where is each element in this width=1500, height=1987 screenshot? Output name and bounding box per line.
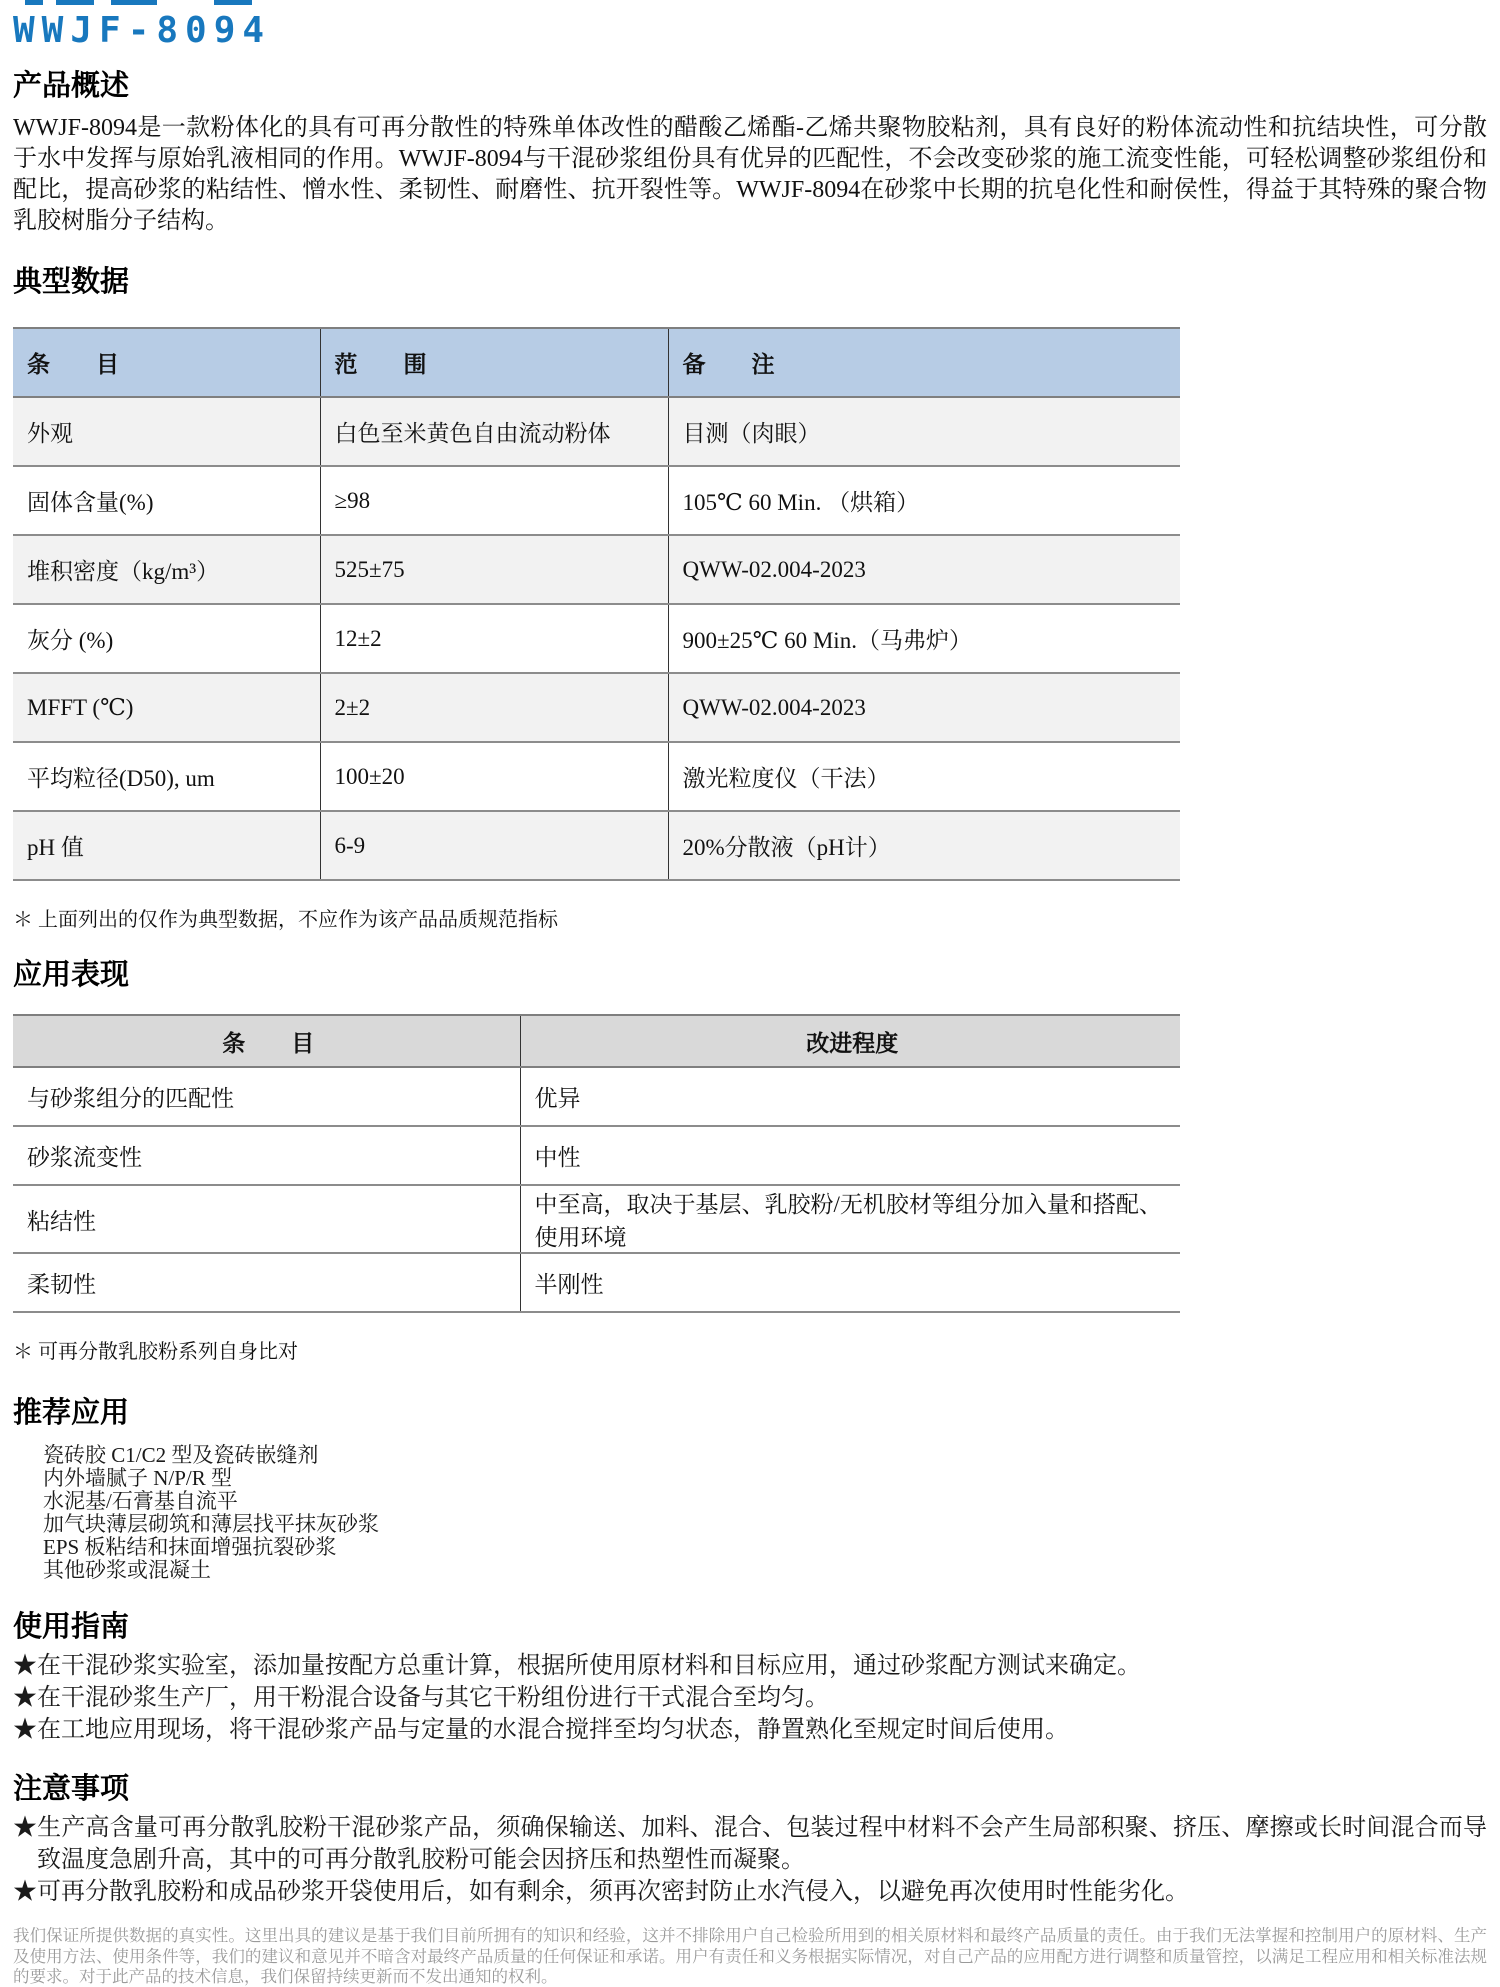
table-cell: 中性 bbox=[520, 1126, 1180, 1185]
table-cell: 平均粒径(D50), um bbox=[13, 742, 320, 811]
table-cell: 白色至米黄色自由流动粉体 bbox=[320, 397, 668, 466]
table-cell: 20%分散液（pH计） bbox=[668, 811, 1180, 880]
typical-data-table: 条 目范 围备 注 外观白色至米黄色自由流动粉体目测（肉眼）固体含量(%)≥98… bbox=[13, 327, 1180, 881]
table-cell: 堆积密度（kg/m³） bbox=[13, 535, 320, 604]
table-cell: 900±25℃ 60 Min.（马弗炉） bbox=[668, 604, 1180, 673]
overview-paragraph: WWJF-8094是一款粉体化的具有可再分散性的特殊单体改性的醋酸乙烯酯-乙烯共… bbox=[13, 113, 1487, 237]
table-row: 外观白色至米黄色自由流动粉体目测（肉眼） bbox=[13, 397, 1180, 466]
list-item: ★生产高含量可再分散乳胶粉干混砂浆产品，须确保输送、加料、混合、包装过程中材料不… bbox=[13, 1812, 1487, 1876]
table-cell: pH 值 bbox=[13, 811, 320, 880]
cropped-header-fragment bbox=[25, 0, 43, 5]
table-row: MFFT (℃)2±2QWW-02.004-2023 bbox=[13, 673, 1180, 742]
section-heading-usage: 使用指南 bbox=[13, 1606, 1487, 1646]
list-item: 加气块薄层砌筑和薄层找平抹灰砂浆 bbox=[43, 1513, 1487, 1536]
table-cell: 固体含量(%) bbox=[13, 466, 320, 535]
list-item: EPS 板粘结和抹面增强抗裂砂浆 bbox=[43, 1536, 1487, 1559]
cropped-header-fragment bbox=[214, 0, 252, 5]
usage-list: ★在干混砂浆实验室，添加量按配方总重计算，根据所使用原材料和目标应用，通过砂浆配… bbox=[13, 1650, 1487, 1746]
table-cell: 中至高，取决于基层、乳胶粉/无机胶材等组分加入量和搭配、使用环境 bbox=[520, 1185, 1180, 1253]
table-cell: QWW-02.004-2023 bbox=[668, 673, 1180, 742]
table-header-row: 条 目范 围备 注 bbox=[13, 328, 1180, 397]
table-cell: 525±75 bbox=[320, 535, 668, 604]
notes-list: ★生产高含量可再分散乳胶粉干混砂浆产品，须确保输送、加料、混合、包装过程中材料不… bbox=[13, 1812, 1487, 1908]
cropped-header-fragment bbox=[111, 0, 157, 5]
column-header: 备 注 bbox=[668, 328, 1180, 397]
table-cell: 粘结性 bbox=[13, 1185, 520, 1253]
disclaimer-text: 我们保证所提供数据的真实性。这里出具的建议是基于我们目前所拥有的知识和经验，这并… bbox=[13, 1926, 1487, 1987]
table-cell: 半刚性 bbox=[520, 1253, 1180, 1312]
table-row: 砂浆流变性中性 bbox=[13, 1126, 1180, 1185]
list-item: 水泥基/石膏基自流平 bbox=[43, 1490, 1487, 1513]
section-heading-typical-data: 典型数据 bbox=[13, 261, 1487, 301]
table-cell: 灰分 (%) bbox=[13, 604, 320, 673]
table-cell: 砂浆流变性 bbox=[13, 1126, 520, 1185]
table-row: 平均粒径(D50), um100±20激光粒度仪（干法） bbox=[13, 742, 1180, 811]
section-heading-notes: 注意事项 bbox=[13, 1768, 1487, 1808]
column-header: 条 目 bbox=[13, 1015, 520, 1067]
list-item: 其他砂浆或混凝土 bbox=[43, 1559, 1487, 1582]
application-footnote: ＊ 可再分散乳胶粉系列自身比对 bbox=[13, 1335, 1487, 1364]
typical-data-footnote: ＊ 上面列出的仅作为典型数据，不应作为该产品品质规范指标 bbox=[13, 903, 1487, 932]
table-cell: 2±2 bbox=[320, 673, 668, 742]
page-title: WWJF-8094 bbox=[13, 0, 1487, 53]
list-item: 内外墙腻子 N/P/R 型 bbox=[43, 1467, 1487, 1490]
section-heading-recommended: 推荐应用 bbox=[13, 1392, 1487, 1432]
list-item: ★在干混砂浆生产厂，用干粉混合设备与其它干粉组份进行干式混合至均匀。 bbox=[13, 1682, 1487, 1714]
table-row: 粘结性中至高，取决于基层、乳胶粉/无机胶材等组分加入量和搭配、使用环境 bbox=[13, 1185, 1180, 1253]
table-cell: MFFT (℃) bbox=[13, 673, 320, 742]
table-cell: 外观 bbox=[13, 397, 320, 466]
recommended-list: 瓷砖胶 C1/C2 型及瓷砖嵌缝剂内外墙腻子 N/P/R 型水泥基/石膏基自流平… bbox=[13, 1444, 1487, 1582]
table-row: 与砂浆组分的匹配性优异 bbox=[13, 1067, 1180, 1126]
table-cell: 105℃ 60 Min. （烘箱） bbox=[668, 466, 1180, 535]
table-row: 堆积密度（kg/m³）525±75QWW-02.004-2023 bbox=[13, 535, 1180, 604]
application-table: 条 目改进程度 与砂浆组分的匹配性优异砂浆流变性中性粘结性中至高，取决于基层、乳… bbox=[13, 1014, 1180, 1313]
table-cell: 激光粒度仪（干法） bbox=[668, 742, 1180, 811]
table-cell: 100±20 bbox=[320, 742, 668, 811]
table-cell: 6-9 bbox=[320, 811, 668, 880]
table-row: 灰分 (%)12±2900±25℃ 60 Min.（马弗炉） bbox=[13, 604, 1180, 673]
table-cell: 目测（肉眼） bbox=[668, 397, 1180, 466]
table-row: 固体含量(%)≥98105℃ 60 Min. （烘箱） bbox=[13, 466, 1180, 535]
table-header-row: 条 目改进程度 bbox=[13, 1015, 1180, 1067]
column-header: 范 围 bbox=[320, 328, 668, 397]
table-cell: 与砂浆组分的匹配性 bbox=[13, 1067, 520, 1126]
table-cell: 12±2 bbox=[320, 604, 668, 673]
table-cell: ≥98 bbox=[320, 466, 668, 535]
cropped-header-fragment bbox=[56, 0, 94, 5]
table-row: 柔韧性半刚性 bbox=[13, 1253, 1180, 1312]
table-cell: QWW-02.004-2023 bbox=[668, 535, 1180, 604]
list-item: 瓷砖胶 C1/C2 型及瓷砖嵌缝剂 bbox=[43, 1444, 1487, 1467]
section-heading-overview: 产品概述 bbox=[13, 65, 1487, 105]
list-item: ★在干混砂浆实验室，添加量按配方总重计算，根据所使用原材料和目标应用，通过砂浆配… bbox=[13, 1650, 1487, 1682]
list-item: ★在工地应用现场，将干混砂浆产品与定量的水混合搅拌至均匀状态，静置熟化至规定时间… bbox=[13, 1714, 1487, 1746]
column-header: 改进程度 bbox=[520, 1015, 1180, 1067]
table-cell: 优异 bbox=[520, 1067, 1180, 1126]
table-row: pH 值6-920%分散液（pH计） bbox=[13, 811, 1180, 880]
table-cell: 柔韧性 bbox=[13, 1253, 520, 1312]
list-item: ★可再分散乳胶粉和成品砂浆开袋使用后，如有剩余，须再次密封防止水汽侵入，以避免再… bbox=[13, 1876, 1487, 1908]
section-heading-application: 应用表现 bbox=[13, 954, 1487, 994]
column-header: 条 目 bbox=[13, 328, 320, 397]
